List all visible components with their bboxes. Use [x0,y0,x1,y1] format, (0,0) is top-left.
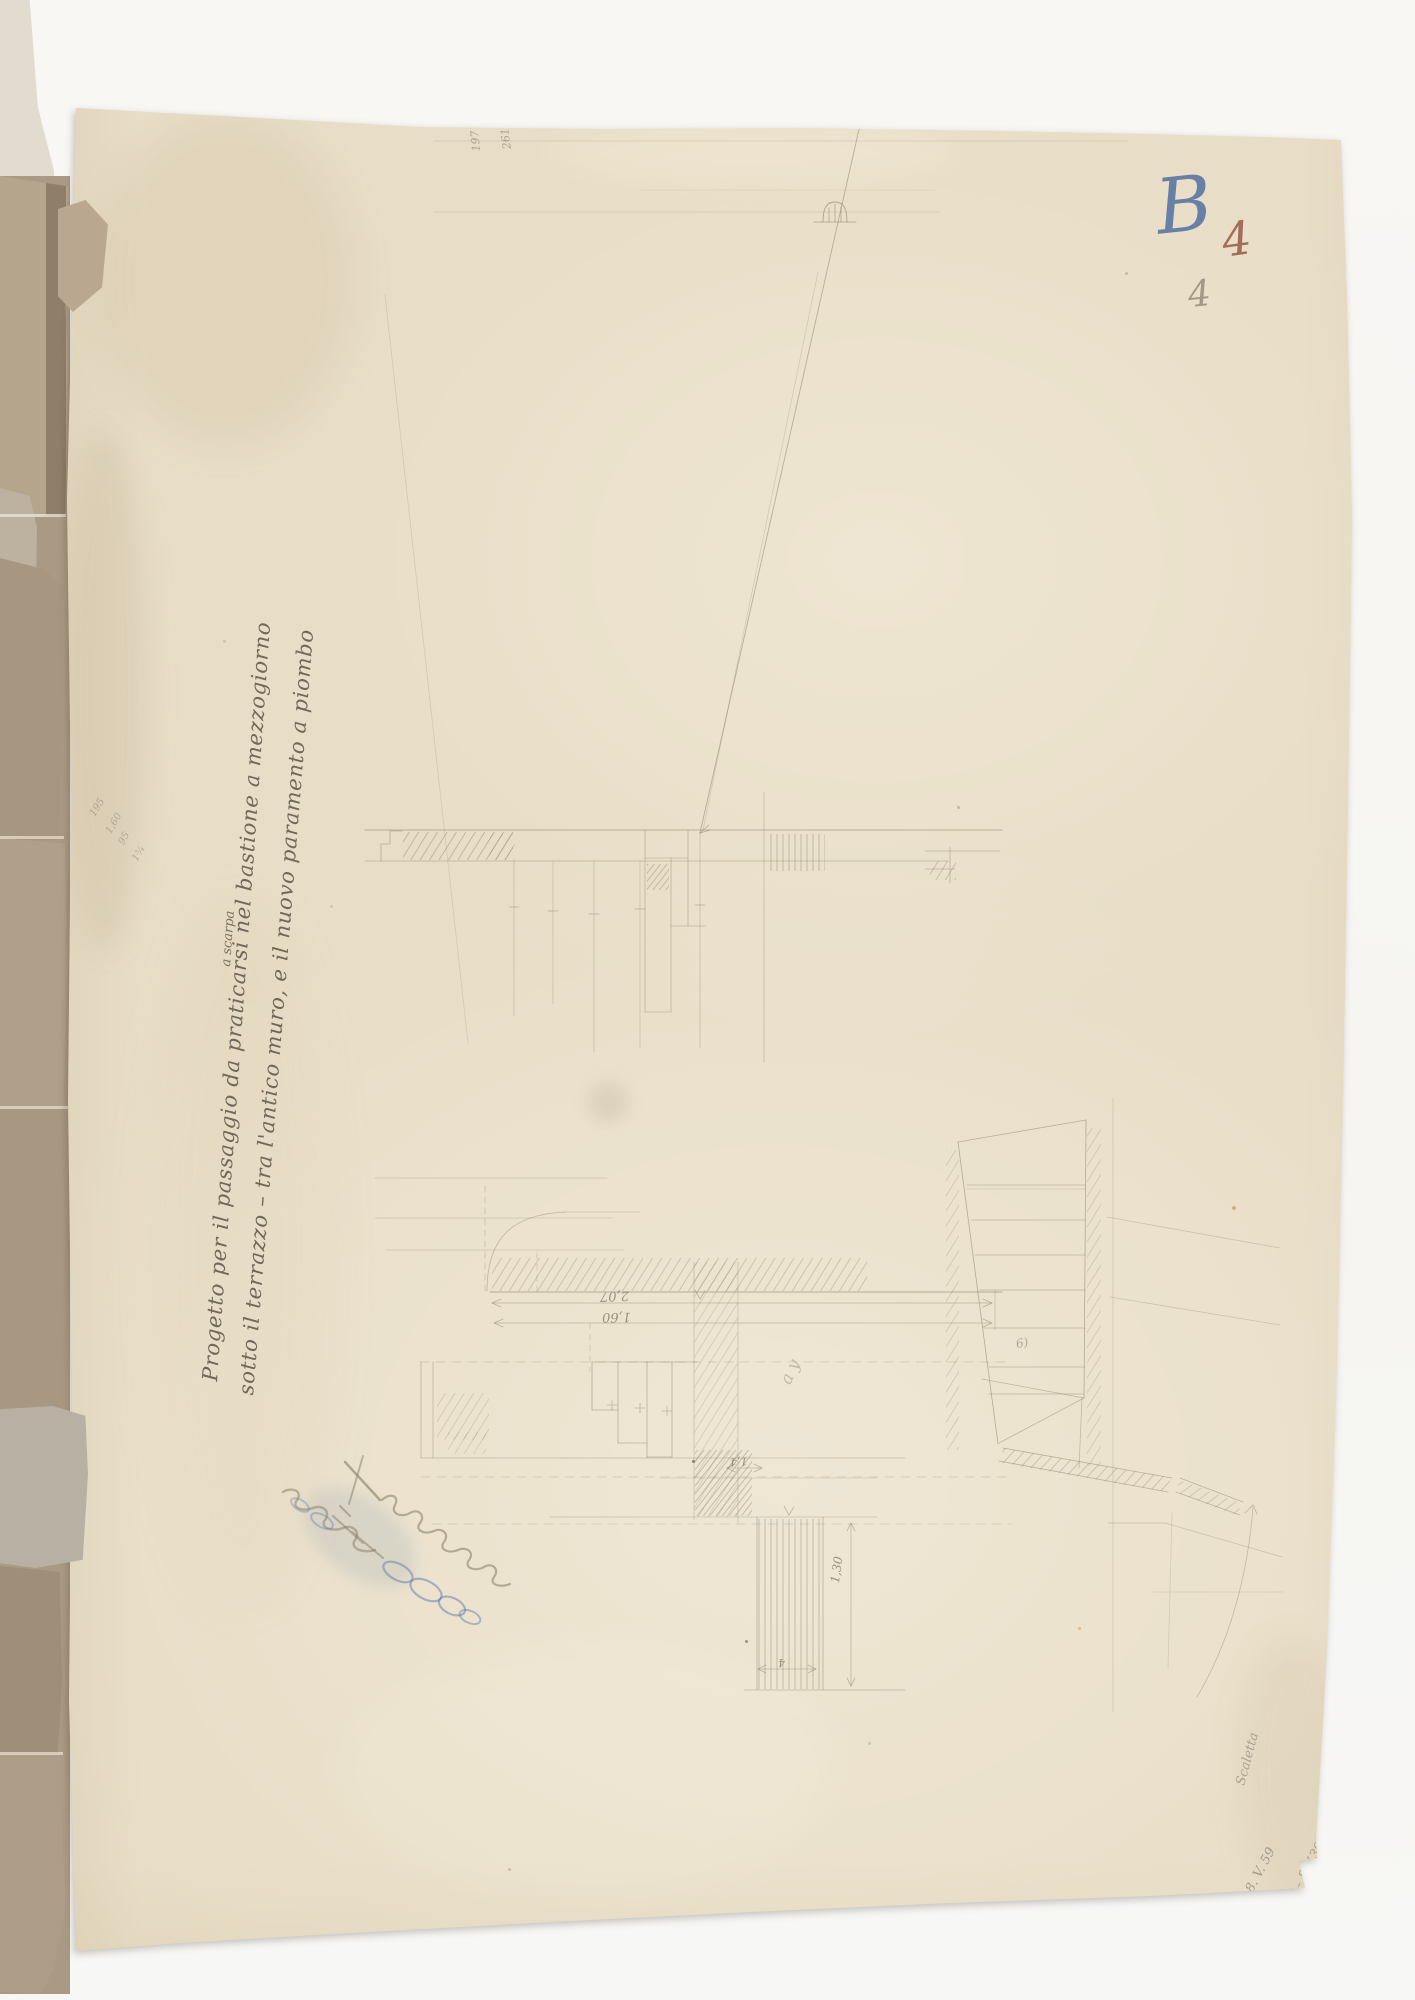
upper-plan-drawing [365,792,1002,1062]
middle-plan-drawing [375,1178,1012,1524]
drawing-sheet: Progetto per il passaggio da praticarsi … [0,0,1415,2000]
dimension-label-4: 4 [778,1656,786,1669]
sheet-shadow-wrap: Progetto per il passaggio da praticarsi … [0,0,1415,2000]
dimension-label-160: 1,60 [602,1309,631,1325]
top-fraction-261: 261 [498,127,514,150]
scanned-page: Progetto per il passaggio da praticarsi … [0,0,1415,2000]
stair-number-note: 6) [1015,1335,1030,1351]
dimension-label-14: 1,4 [730,1455,748,1469]
dimension-label-207: 2,07 [600,1287,629,1303]
top-fraction-197: 197 [468,130,483,152]
binding-grey-patch [0,1406,88,1568]
stair-plan-drawing [946,1098,1283,1712]
blue-pencil-scribbles [283,1456,510,1627]
construction-lines [385,116,1128,1043]
blue-letter-B: B [1152,157,1217,251]
graphite-number-4: 4 [1186,273,1213,316]
